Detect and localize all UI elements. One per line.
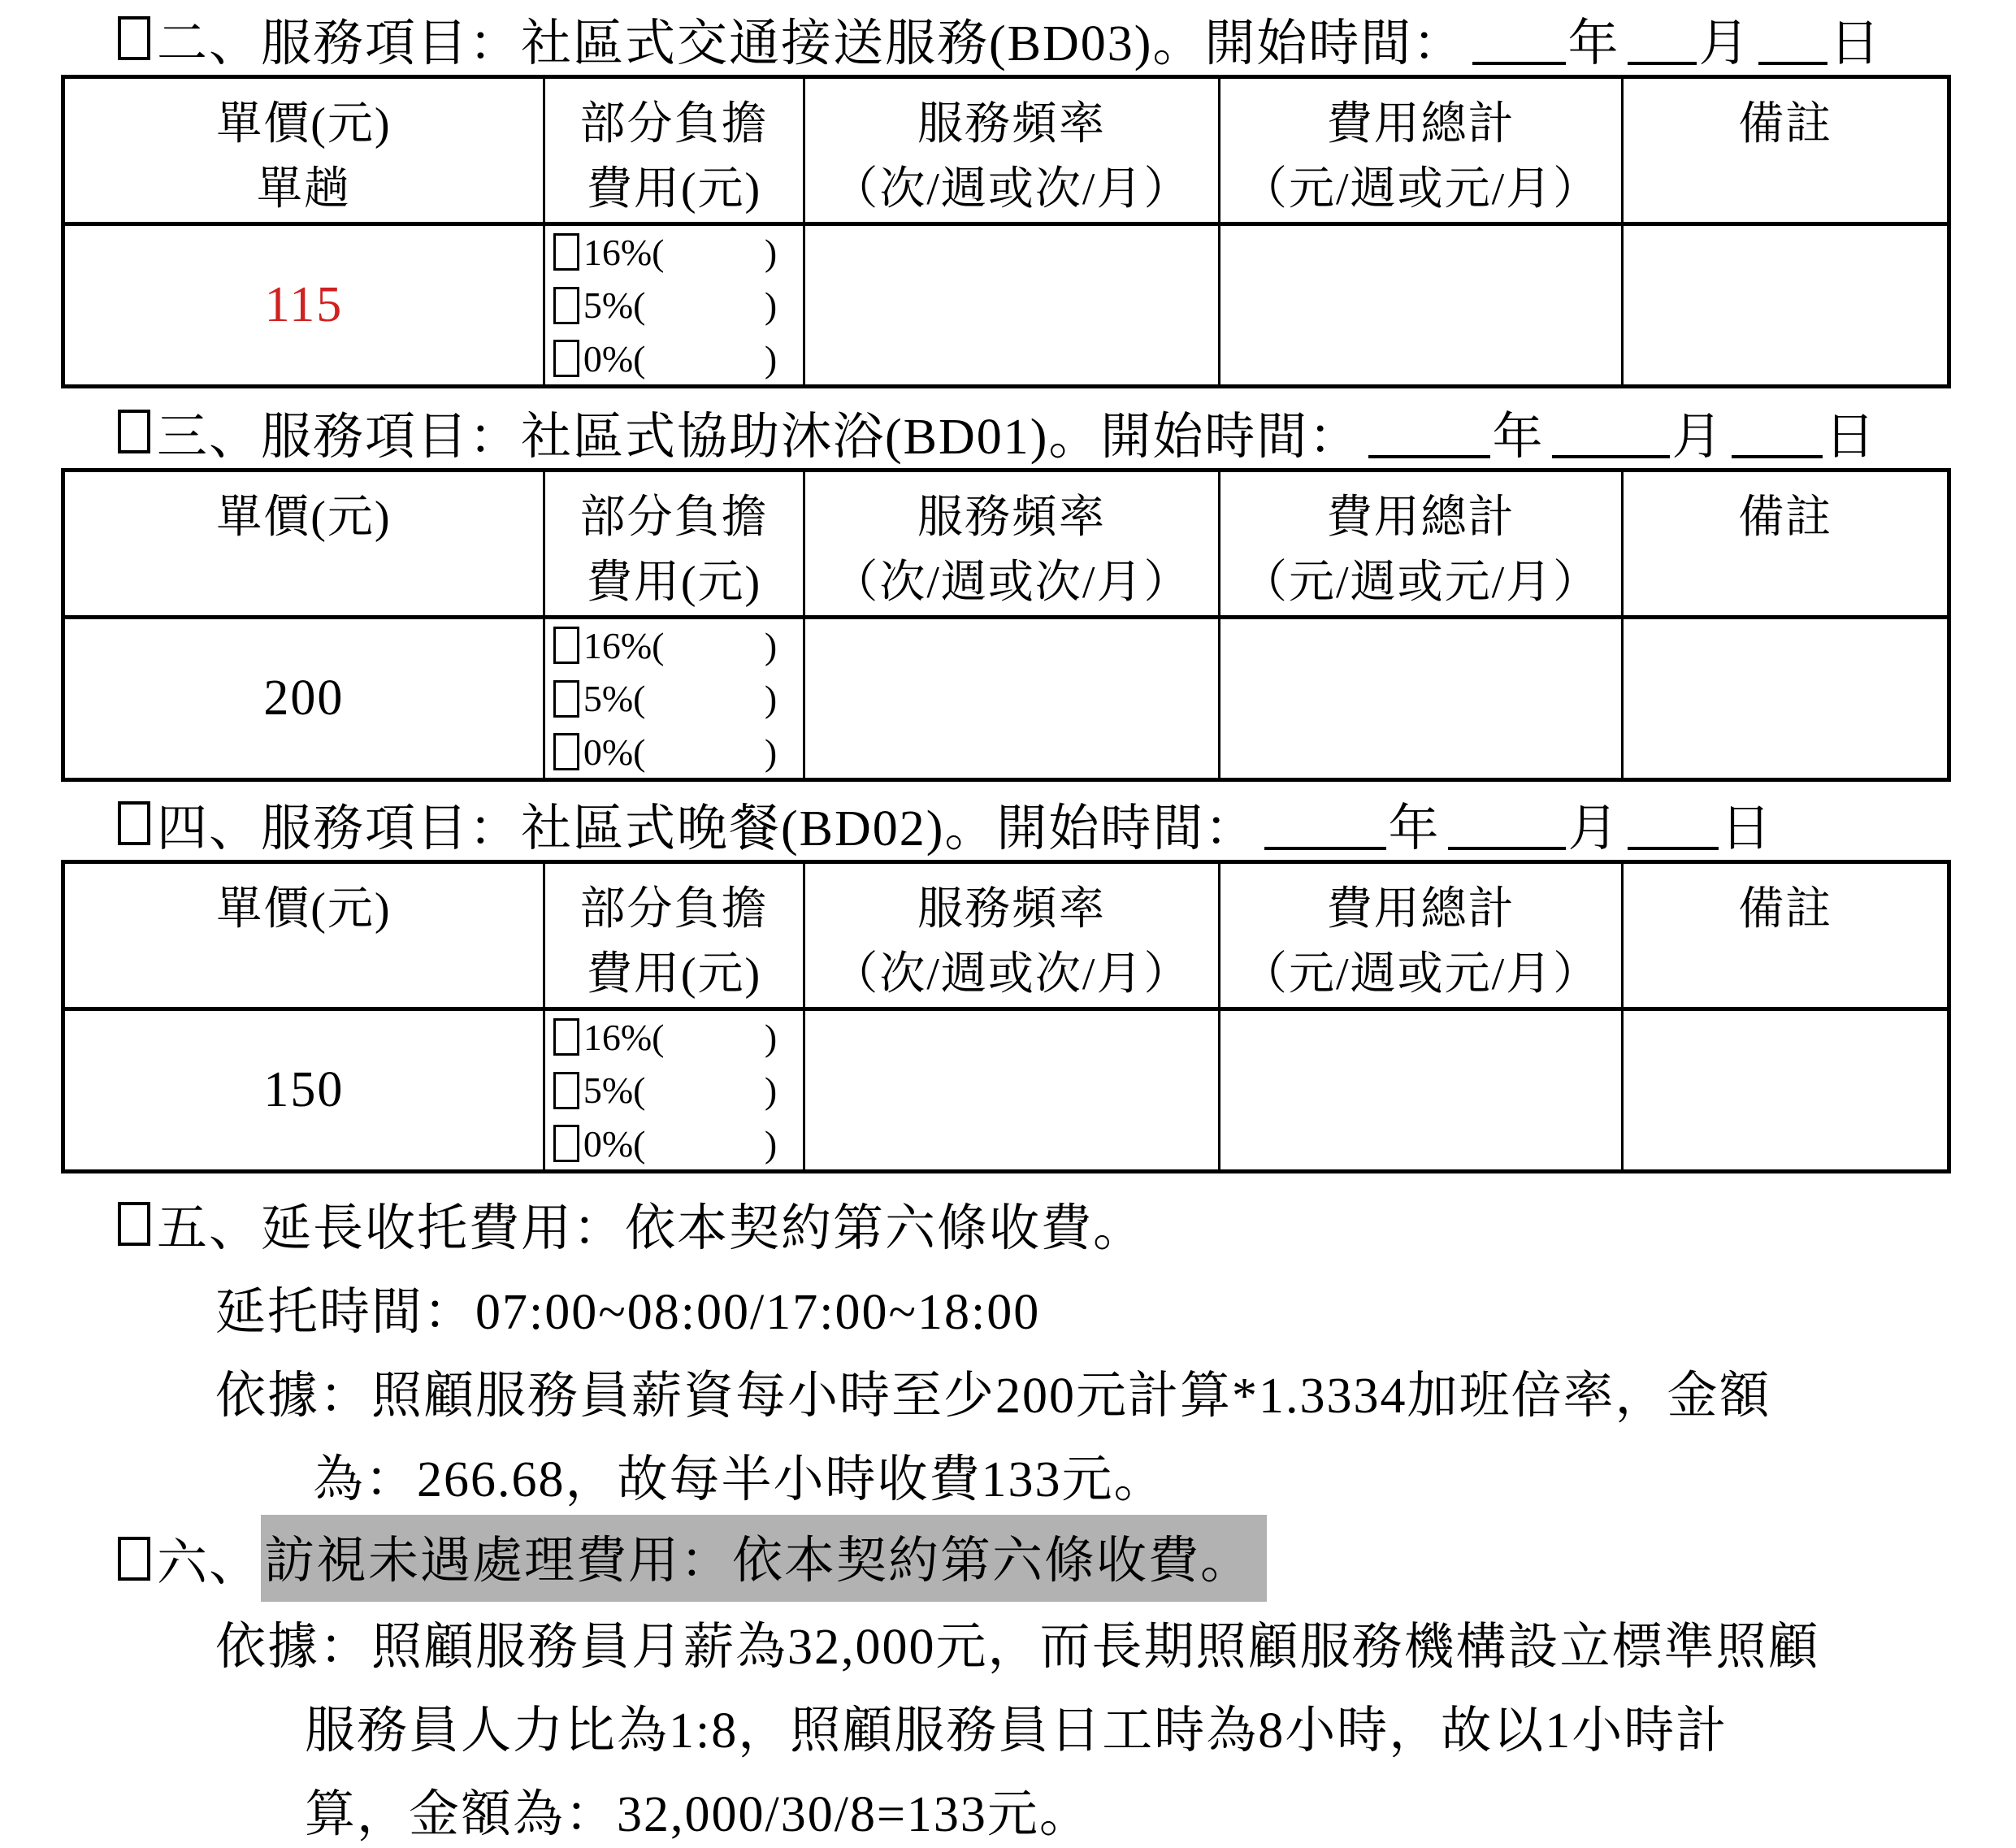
copay-0-label: 0%( <box>583 337 646 380</box>
unit-price-cell: 200 <box>63 618 544 780</box>
note-cell[interactable] <box>1623 224 1949 387</box>
section-3-month-label: 月 <box>1671 396 1723 468</box>
section-5-line-time: 延托時間：07:00~08:00/17:00~18:00 <box>215 1265 1951 1349</box>
copay-header: 部分負擔 費用(元) <box>544 471 804 618</box>
section-2-heading: 二、 服務項目：社區式交通接送服務(BD03)。開始時間： 年 月 日 <box>118 7 1951 70</box>
section-4-day-label: 日 <box>1720 787 1772 860</box>
section-3-heading: 三、 服務項目：社區式協助沐浴(BD01)。開始時間： 年 月 日 <box>118 400 1951 463</box>
copay-16-label: 16%( <box>583 1016 665 1059</box>
section-2-title: 服務項目：社區式交通接送服務(BD03)。開始時間： <box>261 2 1464 75</box>
copay-header: 部分負擔 費用(元) <box>544 862 804 1009</box>
copay-option-0: 0%( ) <box>553 337 803 380</box>
total-cell[interactable] <box>1219 618 1623 780</box>
copay-0-label: 0%( <box>583 731 646 774</box>
section-5-number: 五、 <box>157 1187 261 1260</box>
section-5-heading: 五、 延長收托費用：依本契約第六條收費。 <box>118 1182 1951 1265</box>
unit-price-cell: 115 <box>63 224 544 387</box>
copay-0-checkbox-icon[interactable] <box>553 733 579 770</box>
section-3-day-blank[interactable] <box>1732 414 1823 458</box>
copay-5-label: 5%( <box>583 284 646 327</box>
unit-price-cell: 150 <box>63 1009 544 1172</box>
frequency-cell[interactable] <box>804 618 1220 780</box>
total-cell[interactable] <box>1219 1009 1623 1172</box>
section-2-table: 單價(元) 單趟 部分負擔 費用(元) 服務頻率 （次/週或次/月） 費用總計 … <box>61 75 1951 388</box>
section-6-checkbox-icon[interactable] <box>118 1537 150 1581</box>
section-5-title: 延長收托費用：依本契約第六條收費。 <box>261 1187 1145 1260</box>
copay-0-checkbox-icon[interactable] <box>553 340 579 377</box>
copay-5-label: 5%( <box>583 677 646 720</box>
note-cell[interactable] <box>1623 1009 1949 1172</box>
section-3-title: 服務項目：社區式協助沐浴(BD01)。開始時間： <box>261 396 1360 468</box>
copay-5-close-paren: ) <box>765 677 777 720</box>
section-3-table: 單價(元) 部分負擔 費用(元) 服務頻率 （次/週或次/月） 費用總計 （元/… <box>61 468 1951 782</box>
copay-16-checkbox-icon[interactable] <box>553 1018 579 1056</box>
section-2-day-blank[interactable] <box>1758 21 1827 65</box>
copay-0-close-paren: ) <box>765 731 777 774</box>
section-2-year-blank[interactable] <box>1472 21 1566 65</box>
section-3-checkbox-icon[interactable] <box>118 410 150 453</box>
unit-price-header: 單價(元) <box>63 862 544 1009</box>
copay-option-5: 5%( ) <box>553 677 803 720</box>
copay-16-label: 16%( <box>583 624 665 667</box>
copay-16-close-paren: ) <box>765 1016 777 1059</box>
section-3-year-label: 年 <box>1492 396 1544 468</box>
note-header: 備註 <box>1623 471 1949 618</box>
section-3-number: 三、 <box>157 396 261 468</box>
copay-option-16: 16%( ) <box>553 1016 803 1059</box>
section-4-table-header-row: 單價(元) 部分負擔 費用(元) 服務頻率 （次/週或次/月） 費用總計 （元/… <box>63 862 1949 1009</box>
copay-0-checkbox-icon[interactable] <box>553 1125 579 1162</box>
copay-5-checkbox-icon[interactable] <box>553 1072 579 1109</box>
section-4-table: 單價(元) 部分負擔 費用(元) 服務頻率 （次/週或次/月） 費用總計 （元/… <box>61 860 1951 1173</box>
section-5-checkbox-icon[interactable] <box>118 1202 150 1246</box>
section-4-table-data-row: 150 16%( ) 5%( ) 0%( ) <box>63 1009 1949 1172</box>
copay-5-label: 5%( <box>583 1069 646 1112</box>
section-6-title-highlighted: 訪視未遇處理費用：依本契約第六條收費。 <box>261 1515 1267 1602</box>
section-4-day-blank[interactable] <box>1628 806 1719 850</box>
copay-header: 部分負擔 費用(元) <box>544 77 804 224</box>
unit-price-header: 單價(元) 單趟 <box>63 77 544 224</box>
copay-option-16: 16%( ) <box>553 231 803 274</box>
unit-price-header: 單價(元) <box>63 471 544 618</box>
total-header: 費用總計 （元/週或元/月） <box>1219 471 1623 618</box>
section-4-month-blank[interactable] <box>1448 806 1566 850</box>
total-header: 費用總計 （元/週或元/月） <box>1219 77 1623 224</box>
copay-16-checkbox-icon[interactable] <box>553 233 579 271</box>
copay-cell: 16%( ) 5%( ) 0%( ) <box>544 618 804 780</box>
section-3-day-label: 日 <box>1824 396 1876 468</box>
section-3-year-blank[interactable] <box>1368 414 1490 458</box>
total-cell[interactable] <box>1219 224 1623 387</box>
section-6: 六、 訪視未遇處理費用：依本契約第六條收費。 依據：照顧服務員月薪為32,000… <box>61 1516 1951 1848</box>
copay-5-close-paren: ) <box>765 284 777 327</box>
section-4-month-label: 月 <box>1567 787 1619 860</box>
note-header: 備註 <box>1623 862 1949 1009</box>
section-5-line-amount: 為：266.68，故每半小時收費133元。 <box>313 1433 1951 1516</box>
section-5-line-basis: 依據：照顧服務員薪資每小時至少200元計算*1.3334加班倍率，金額 <box>215 1349 1951 1433</box>
copay-5-checkbox-icon[interactable] <box>553 680 579 718</box>
total-header: 費用總計 （元/週或元/月） <box>1219 862 1623 1009</box>
copay-16-checkbox-icon[interactable] <box>553 627 579 664</box>
copay-16-close-paren: ) <box>765 624 777 667</box>
section-3-month-blank[interactable] <box>1552 414 1670 458</box>
section-2-checkbox-icon[interactable] <box>118 16 150 60</box>
copay-0-label: 0%( <box>583 1122 646 1165</box>
copay-option-5: 5%( ) <box>553 284 803 327</box>
section-2-number: 二、 <box>157 2 261 75</box>
copay-option-0: 0%( ) <box>553 1122 803 1165</box>
copay-16-label: 16%( <box>583 231 665 274</box>
section-4-heading: 四、 服務項目：社區式晚餐(BD02)。開始時間： 年 月 日 <box>118 792 1951 855</box>
copay-cell: 16%( ) 5%( ) 0%( ) <box>544 224 804 387</box>
section-4-title: 服務項目：社區式晚餐(BD02)。開始時間： <box>261 787 1256 860</box>
frequency-header: 服務頻率 （次/週或次/月） <box>804 471 1220 618</box>
frequency-cell[interactable] <box>804 1009 1220 1172</box>
copay-option-16: 16%( ) <box>553 624 803 667</box>
copay-16-close-paren: ) <box>765 231 777 274</box>
section-6-line-basis: 依據：照顧服務員月薪為32,000元，而長期照顧服務機構設立標準照顧 <box>215 1600 1951 1684</box>
frequency-cell[interactable] <box>804 224 1220 387</box>
section-2-day-label: 日 <box>1829 2 1881 75</box>
section-6-number: 六、 <box>157 1522 261 1594</box>
copay-0-close-paren: ) <box>765 337 777 380</box>
copay-0-close-paren: ) <box>765 1122 777 1165</box>
section-4-year-label: 年 <box>1388 787 1440 860</box>
section-2-table-header-row: 單價(元) 單趟 部分負擔 費用(元) 服務頻率 （次/週或次/月） 費用總計 … <box>63 77 1949 224</box>
copay-cell: 16%( ) 5%( ) 0%( ) <box>544 1009 804 1172</box>
section-2-month-blank[interactable] <box>1628 21 1697 65</box>
note-cell[interactable] <box>1623 618 1949 780</box>
section-2-year-label: 年 <box>1567 2 1619 75</box>
section-6-line-amount: 算，金額為：32,000/30/8=133元。 <box>305 1768 1951 1848</box>
section-4-checkbox-icon[interactable] <box>118 801 150 845</box>
section-3-table-header-row: 單價(元) 部分負擔 費用(元) 服務頻率 （次/週或次/月） 費用總計 （元/… <box>63 471 1949 618</box>
note-header: 備註 <box>1623 77 1949 224</box>
copay-option-5: 5%( ) <box>553 1069 803 1112</box>
section-6-line-ratio: 服務員人力比為1:8，照顧服務員日工時為8小時，故以1小時計 <box>305 1684 1951 1768</box>
section-3-table-data-row: 200 16%( ) 5%( ) 0%( ) <box>63 618 1949 780</box>
section-4-year-blank[interactable] <box>1264 806 1386 850</box>
section-4-number: 四、 <box>157 787 261 860</box>
section-6-heading: 六、 訪視未遇處理費用：依本契約第六條收費。 <box>118 1516 1951 1600</box>
frequency-header: 服務頻率 （次/週或次/月） <box>804 862 1220 1009</box>
copay-option-0: 0%( ) <box>553 731 803 774</box>
section-5: 五、 延長收托費用：依本契約第六條收費。 延托時間：07:00~08:00/17… <box>61 1182 1951 1516</box>
frequency-header: 服務頻率 （次/週或次/月） <box>804 77 1220 224</box>
section-2-month-label: 月 <box>1698 2 1750 75</box>
section-2-table-data-row: 115 16%( ) 5%( ) 0%( ) <box>63 224 1949 387</box>
copay-5-close-paren: ) <box>765 1069 777 1112</box>
copay-5-checkbox-icon[interactable] <box>553 287 579 324</box>
